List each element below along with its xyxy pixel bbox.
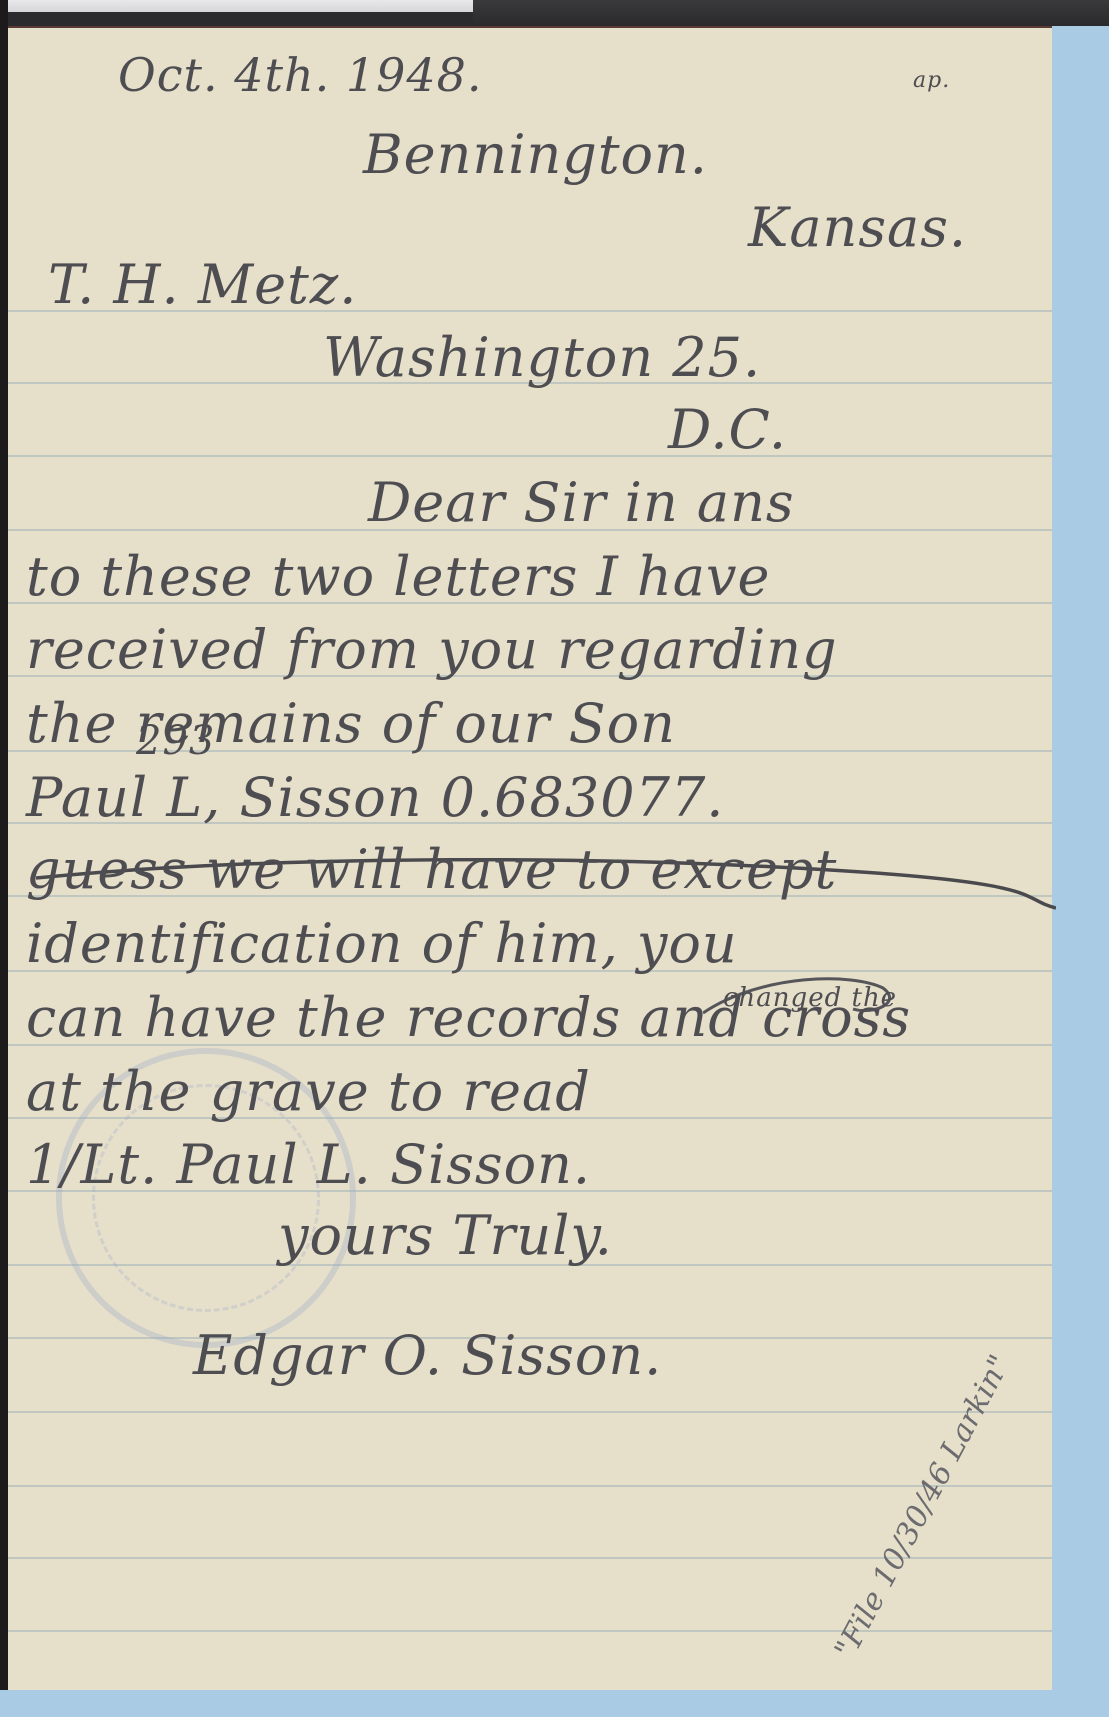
top-dark-border-right <box>473 0 1109 26</box>
ruled-line <box>8 1411 1052 1413</box>
letter-date: Oct. 4th. 1948. <box>118 48 483 102</box>
signature: Edgar O. Sisson. <box>193 1324 662 1387</box>
letter-page: Oct. 4th. 1948. ap. Bennington. Kansas. … <box>8 26 1052 1690</box>
ruled-line <box>8 1485 1052 1487</box>
ruled-line <box>8 1630 1052 1632</box>
top-paper-strip <box>8 0 473 12</box>
recipient-name: T. H. Metz. <box>48 253 357 316</box>
sender-state: Kansas. <box>748 196 967 259</box>
closing: yours Truly. <box>278 1204 613 1267</box>
sender-city: Bennington. <box>363 123 708 186</box>
body-line: guess we will have to except <box>26 838 837 901</box>
interlinear-annotation: 293 <box>136 718 215 764</box>
corner-mark: ap. <box>913 68 950 93</box>
salutation: Dear Sir in ans <box>368 471 795 534</box>
ruled-line <box>8 455 1052 457</box>
body-line: the remains of our Son <box>26 692 676 755</box>
recipient-district: D.C. <box>668 398 787 461</box>
body-line: 1/Lt. Paul L. Sisson. <box>26 1133 591 1196</box>
body-line: at the grave to read <box>26 1060 591 1123</box>
body-line: to these two letters I have <box>26 545 770 608</box>
margin-note: "File 10/30/46 Larkin" <box>828 1349 1018 1664</box>
body-line: received from you regarding <box>26 618 838 681</box>
recipient-city: Washington 25. <box>323 326 761 389</box>
body-line: can have the records and cross <box>26 986 911 1049</box>
body-line: identification of him, you <box>26 912 738 975</box>
body-line: Paul L, Sisson 0.683077. <box>26 766 724 829</box>
left-dark-border <box>0 0 8 1690</box>
